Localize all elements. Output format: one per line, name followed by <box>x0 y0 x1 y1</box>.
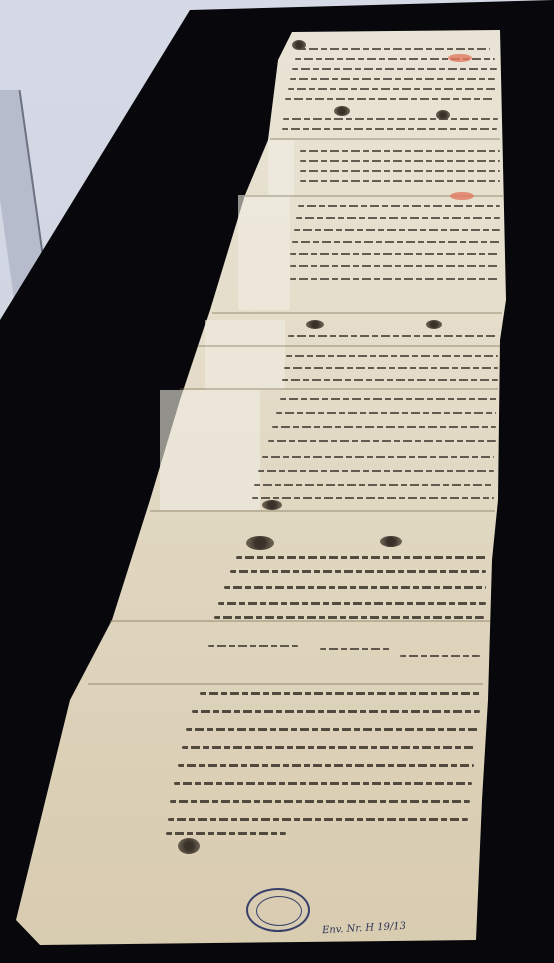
ink-seal <box>178 838 200 854</box>
red-ink-mark <box>450 192 474 200</box>
text-line <box>300 160 500 162</box>
text-line <box>252 497 494 499</box>
ink-seal <box>306 320 324 329</box>
ink-seal <box>334 106 350 116</box>
text-line <box>276 412 496 414</box>
text-line <box>186 728 478 731</box>
text-line <box>320 648 390 650</box>
text-line <box>288 88 498 90</box>
text-line <box>254 484 494 486</box>
text-line <box>290 278 500 280</box>
text-line <box>292 241 500 243</box>
text-line <box>200 692 480 695</box>
ink-seal <box>380 536 402 547</box>
text-line <box>290 253 500 255</box>
text-line <box>174 782 472 785</box>
fold-line <box>180 388 498 390</box>
text-line <box>178 764 474 767</box>
text-line <box>262 456 494 458</box>
text-line <box>272 426 496 428</box>
text-line <box>290 265 500 267</box>
text-line <box>296 217 500 219</box>
text-line <box>400 655 480 657</box>
text-line <box>300 180 500 182</box>
text-line <box>166 832 286 835</box>
text-line <box>288 335 498 337</box>
text-line <box>283 118 498 120</box>
ink-seal <box>292 40 306 50</box>
text-line <box>230 570 486 573</box>
ink-seal <box>246 536 274 550</box>
fold-line <box>150 510 495 512</box>
archive-stamp-emblem <box>256 896 302 926</box>
text-line <box>258 470 494 472</box>
text-line <box>170 800 470 803</box>
paper-flap <box>268 140 294 195</box>
text-line <box>294 229 500 231</box>
fold-line <box>110 620 490 622</box>
red-ink-mark <box>448 54 472 62</box>
text-line <box>208 645 298 647</box>
text-line <box>280 398 498 400</box>
fold-line <box>270 138 500 140</box>
paper-flap <box>205 320 285 390</box>
text-line <box>168 818 468 821</box>
text-line <box>182 746 476 749</box>
text-line <box>292 68 497 70</box>
text-line <box>282 128 497 130</box>
text-line <box>300 150 500 152</box>
fold-line <box>212 312 502 314</box>
text-line <box>284 367 498 369</box>
text-line <box>224 586 486 589</box>
text-line <box>218 602 486 605</box>
text-line <box>290 78 495 80</box>
paper-flap <box>238 195 290 310</box>
text-line <box>192 710 480 713</box>
archive-stamp <box>246 888 310 932</box>
text-line <box>300 48 490 50</box>
text-line <box>268 440 496 442</box>
text-line <box>286 355 498 357</box>
ink-seal <box>426 320 442 329</box>
text-line <box>214 616 484 619</box>
text-line <box>282 379 498 381</box>
text-line <box>300 170 500 172</box>
text-line <box>298 205 500 207</box>
text-line <box>285 98 495 100</box>
paper-flap <box>160 390 260 510</box>
ink-seal <box>262 500 282 510</box>
fold-line <box>198 345 500 347</box>
ink-seal <box>436 110 450 120</box>
fold-line <box>88 683 483 685</box>
text-line <box>236 556 486 559</box>
